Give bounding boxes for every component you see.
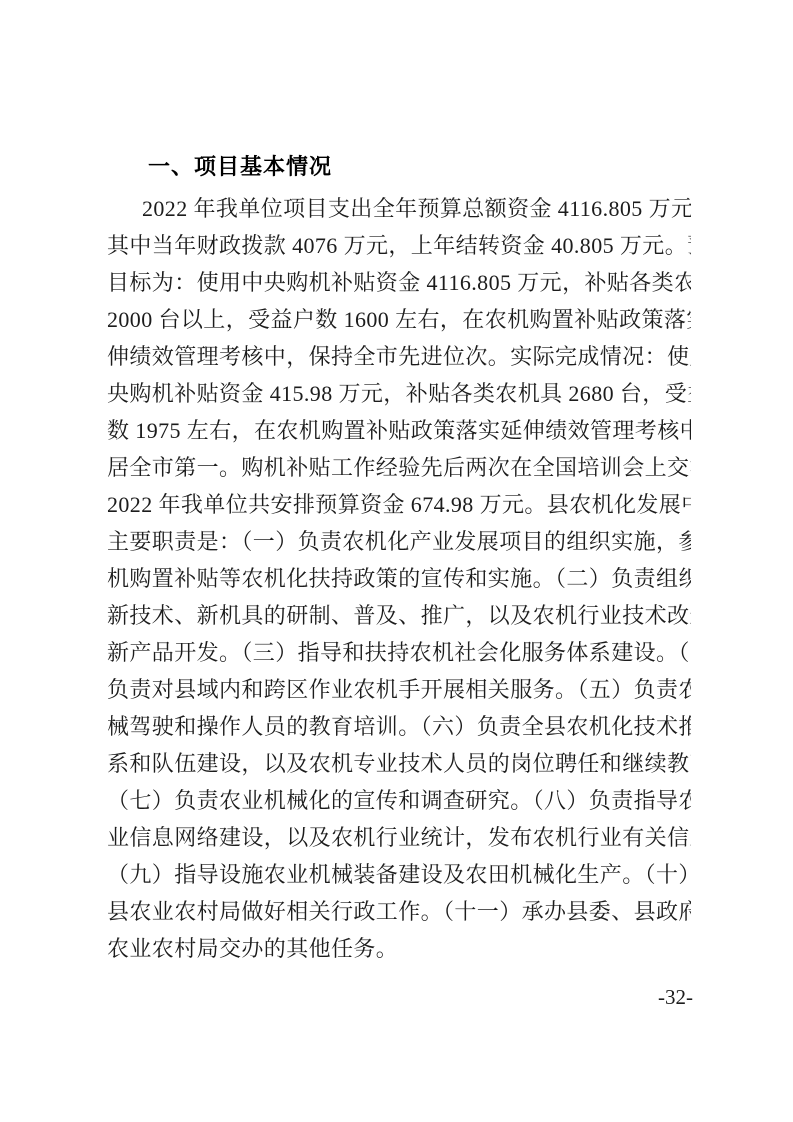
body-line: 机购置补贴等农机化扶持政策的宣传和实施。（二）负责组织农机 (107, 560, 691, 597)
body-line: 县农业农村局做好相关行政工作。（十一）承办县委、县政府及县 (107, 893, 691, 930)
body-line: 系和队伍建设，以及农机专业技术人员的岗位聘任和继续教育。 (107, 745, 691, 782)
text-block: 一、项目基本情况 2022 年我单位项目支出全年预算总额资金 4116.805 … (107, 152, 691, 967)
body-line: 2022 年我单位共安排预算资金 674.98 万元。县农机化发展中心 (107, 486, 691, 523)
body-line: （七）负责农业机械化的宣传和调查研究。（八）负责指导农机行 (107, 782, 691, 819)
body-line: 目标为：使用中央购机补贴资金 4116.805 万元，补贴各类农机具 (107, 264, 691, 301)
body-line: 新产品开发。（三）指导和扶持农机社会化服务体系建设。（四） (107, 634, 691, 671)
body-line: （九）指导设施农业机械装备建设及农田机械化生产。（十）协助 (107, 856, 691, 893)
body-line: 新技术、新机具的研制、普及、推广，以及农机行业技术改造和 (107, 597, 691, 634)
page-number: -32- (658, 985, 693, 1009)
body-line: 居全市第一。购机补贴工作经验先后两次在全国培训会上交流。 (107, 449, 691, 486)
body-line: 其中当年财政拨款 4076 万元，上年结转资金 40.805 万元。预期 (107, 227, 691, 264)
body-line: 2000 台以上，受益户数 1600 左右，在农机购置补贴政策落实延 (107, 301, 691, 338)
body-line: 负责对县域内和跨区作业农机手开展相关服务。（五）负责农业机 (107, 671, 691, 708)
body-line: 数 1975 左右，在农机购置补贴政策落实延伸绩效管理考核中，位 (107, 412, 691, 449)
body-line: 械驾驶和操作人员的教育培训。（六）负责全县农机化技术推广体 (107, 708, 691, 745)
body-line: 2022 年我单位项目支出全年预算总额资金 4116.805 万元， (107, 190, 691, 227)
body-line: 业信息网络建设，以及农机行业统计，发布农机行业有关信息。 (107, 819, 691, 856)
body-line: 央购机补贴资金 415.98 万元，补贴各类农机具 2680 台，受益户 (107, 375, 691, 412)
section-heading: 一、项目基本情况 (107, 152, 691, 182)
body-line: 伸绩效管理考核中，保持全市先进位次。实际完成情况：使用中 (107, 338, 691, 375)
document-page: 一、项目基本情况 2022 年我单位项目支出全年预算总额资金 4116.805 … (0, 0, 793, 1122)
body-line: 农业农村局交办的其他任务。 (107, 930, 691, 967)
body-line: 主要职责是：（一）负责农机化产业发展项目的组织实施，参与农 (107, 523, 691, 560)
